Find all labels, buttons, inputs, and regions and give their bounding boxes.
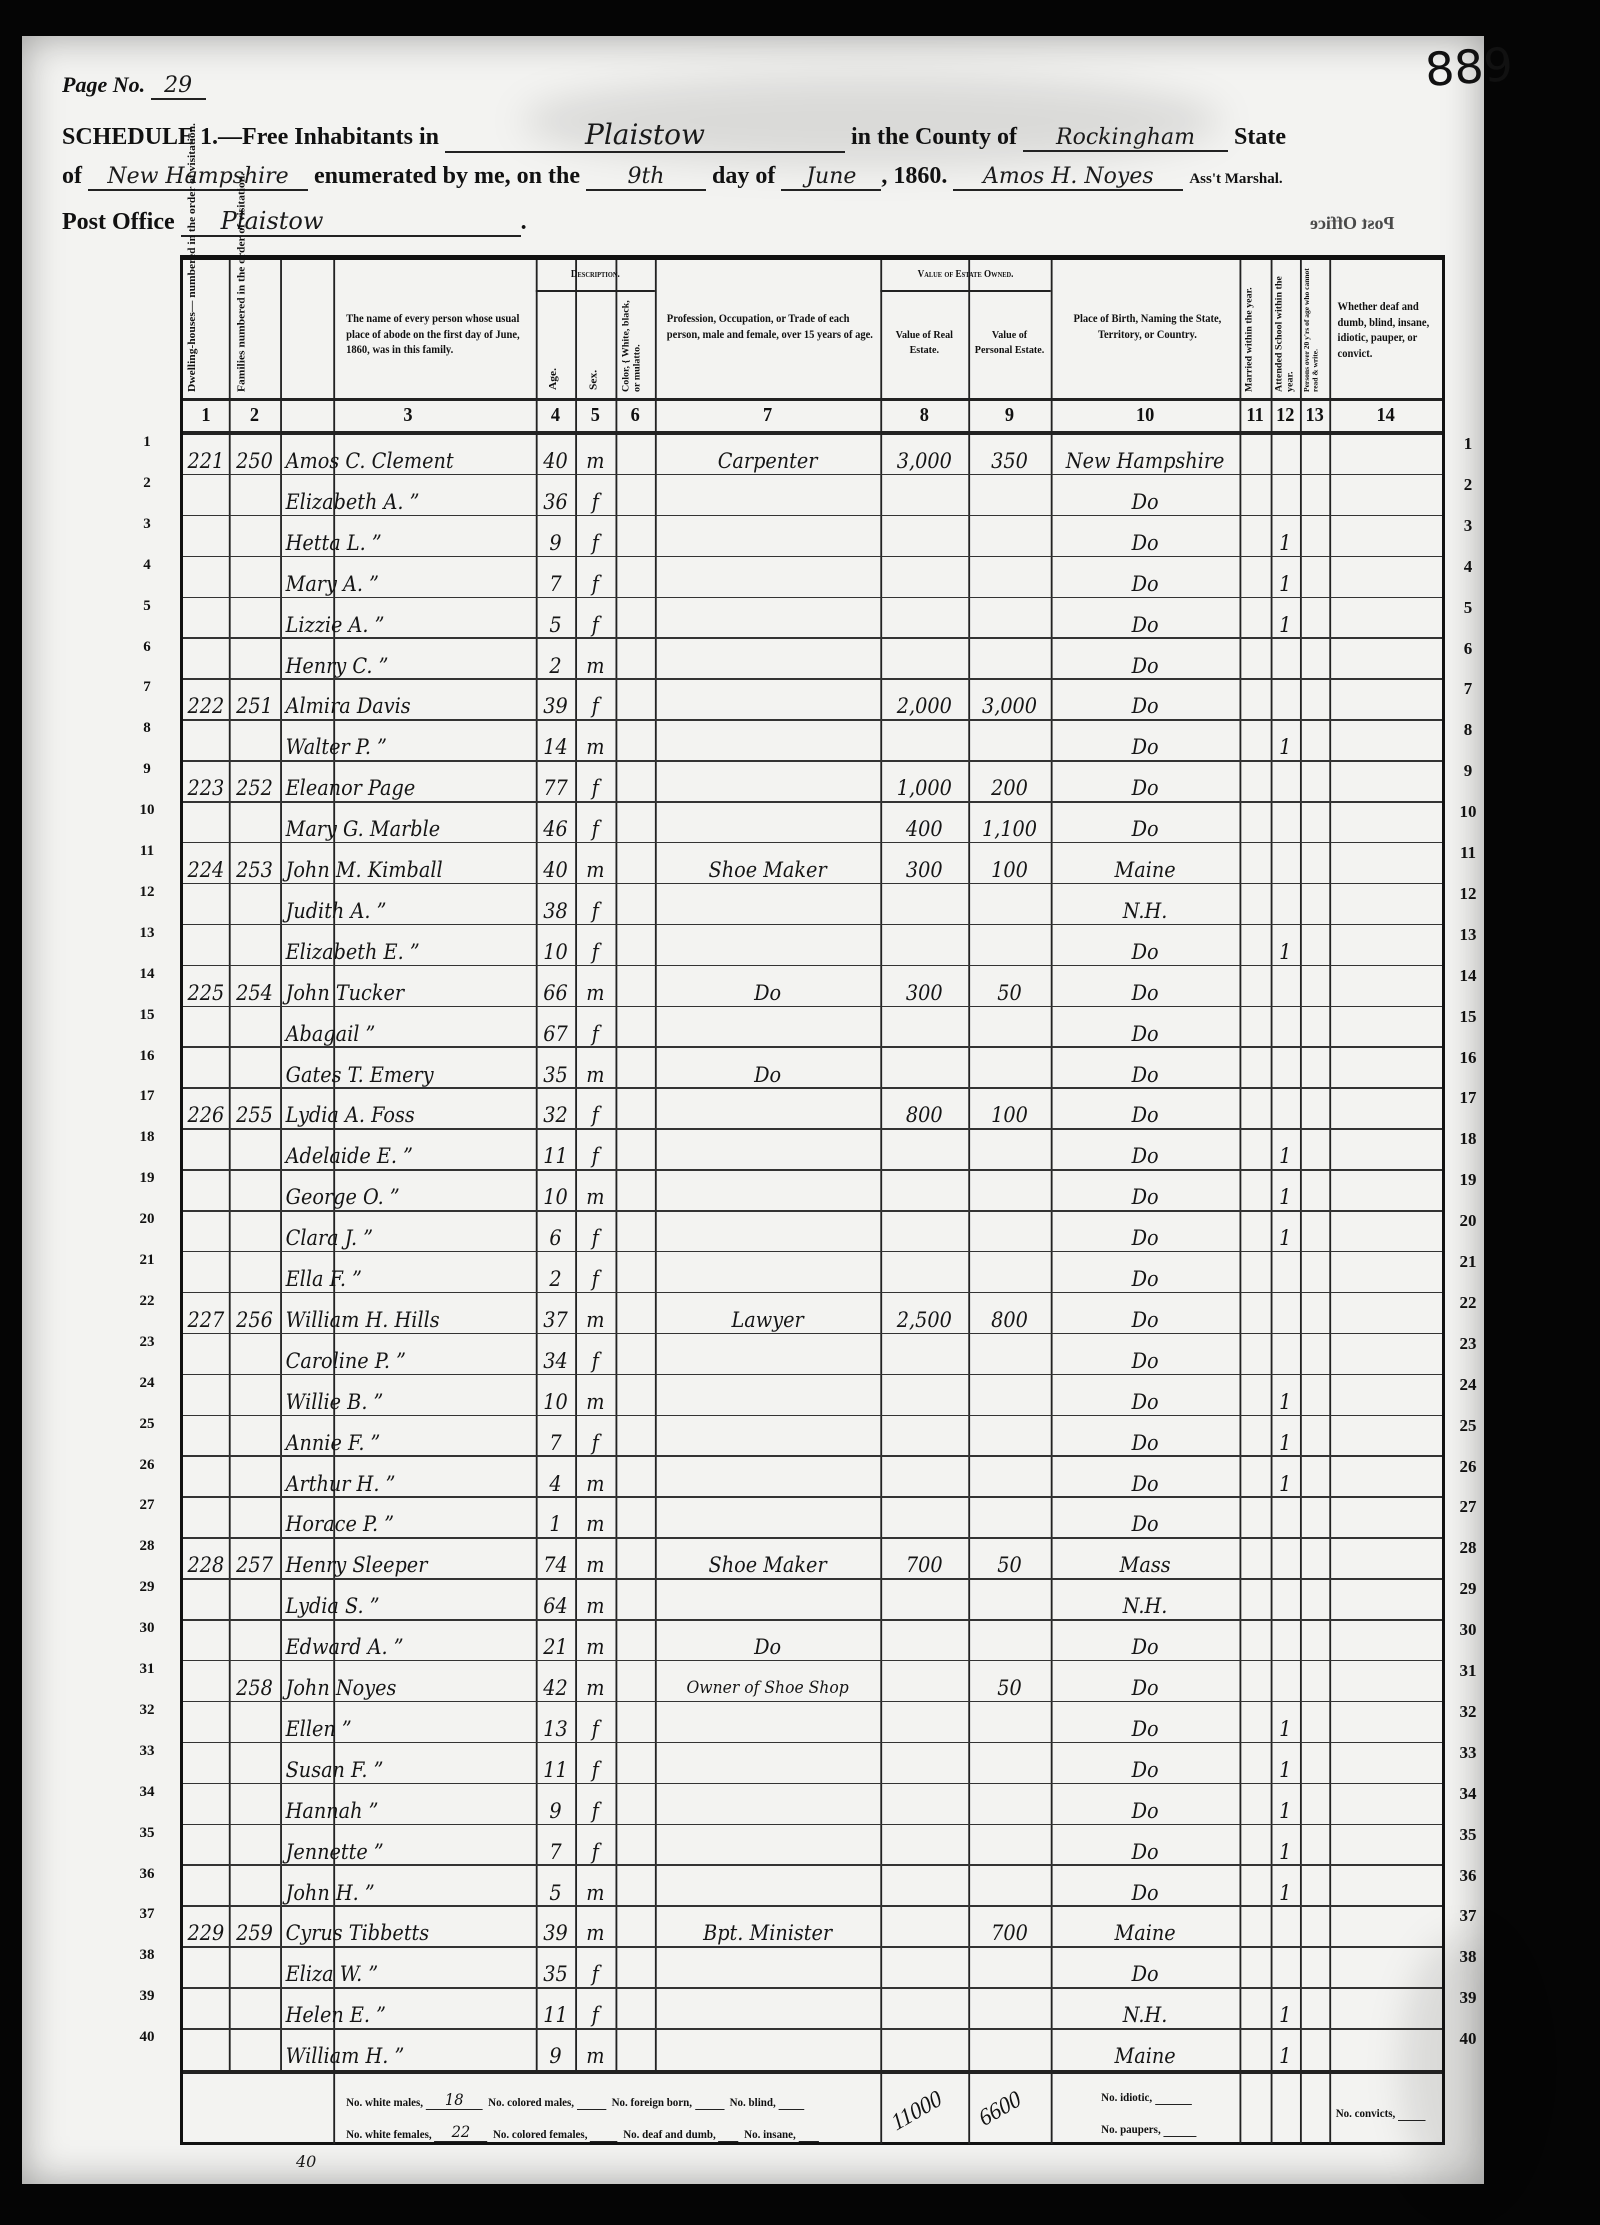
col-number: 9 (968, 400, 1050, 430)
cell-name: William H. Hills (286, 1294, 536, 1335)
cell-name: Abagail ” (286, 1008, 536, 1049)
cell-sex: m (575, 1376, 615, 1417)
cell-illiterate (1300, 1867, 1329, 1908)
cell-illiterate (1300, 1785, 1329, 1826)
idiotic-count (1155, 2104, 1192, 2105)
cell-birthplace: N.H. (1051, 1580, 1240, 1621)
cell-family: 251 (229, 680, 280, 721)
line-number-right: 35 (1448, 1825, 1488, 1845)
line-number-right: 32 (1448, 1702, 1488, 1722)
cell-color (615, 1212, 654, 1253)
line-number-right: 38 (1448, 1947, 1488, 1967)
cell-age: 34 (536, 1335, 575, 1376)
cell-personal-estate: 50 (968, 1539, 1050, 1580)
cell-real-estate (880, 1376, 968, 1417)
state-name: New Hampshire (88, 164, 308, 191)
line-number-right: 1 (1448, 434, 1488, 454)
cell-family (229, 1989, 280, 2030)
cell-personal-estate (968, 1171, 1050, 1212)
deaf-dumb-count (719, 2141, 739, 2142)
cell-married (1239, 1171, 1270, 1212)
paupers-line: No. paupers, (1101, 2122, 1196, 2137)
cell-name: Lizzie A. ” (286, 599, 536, 640)
cell-school (1271, 1294, 1300, 1335)
cell-color (615, 558, 654, 599)
cell-birthplace: Do (1051, 1458, 1240, 1499)
cell-school (1271, 1335, 1300, 1376)
cell-family (229, 1171, 280, 1212)
cell-sex: f (575, 1130, 615, 1171)
cell-age: 39 (536, 680, 575, 721)
cell-birthplace: Do (1051, 926, 1240, 967)
cell-occupation: Owner of Shoe Shop (655, 1662, 880, 1703)
cell-dwelling (183, 1253, 229, 1294)
cell-color (615, 1171, 654, 1212)
cell-sex: f (575, 1785, 615, 1826)
cell-occupation (655, 1171, 880, 1212)
cell-occupation: Do (655, 967, 880, 1008)
cell-school: 1 (1271, 926, 1300, 967)
col-13-header: Persons over 20 y'rs of age who cannot r… (1303, 266, 1319, 392)
line-number-left: 5 (136, 598, 158, 615)
cell-birthplace: Do (1051, 721, 1240, 762)
cell-birthplace: Do (1051, 476, 1240, 517)
cell-school: 1 (1271, 1376, 1300, 1417)
cell-age: 39 (536, 1907, 575, 1948)
cell-name: Annie F. ” (286, 1417, 536, 1458)
cell-illiterate (1300, 640, 1329, 681)
cell-married (1239, 1049, 1270, 1090)
cell-illiterate (1300, 885, 1329, 926)
cell-personal-estate (968, 1703, 1050, 1744)
cell-family: 253 (229, 844, 280, 885)
cell-married (1239, 885, 1270, 926)
cell-sex: f (575, 1989, 615, 2030)
cell-birthplace: Do (1051, 1008, 1240, 1049)
col-number: 14 (1329, 400, 1442, 430)
cell-illiterate (1300, 1662, 1329, 1703)
cell-sex: f (575, 476, 615, 517)
estate-underline (880, 290, 1050, 292)
cell-color (615, 1907, 654, 1948)
cell-real-estate (880, 476, 968, 517)
cell-infirmity (1329, 1621, 1442, 1662)
cell-real-estate (880, 1253, 968, 1294)
cell-birthplace: Do (1051, 1376, 1240, 1417)
cell-married (1239, 599, 1270, 640)
cell-dwelling (183, 640, 229, 681)
cell-personal-estate (968, 558, 1050, 599)
cell-birthplace: Do (1051, 1049, 1240, 1090)
post-office-name: Plaistow (181, 207, 521, 237)
cell-infirmity (1329, 599, 1442, 640)
line-number-left: 29 (136, 1579, 158, 1596)
cell-illiterate (1300, 1049, 1329, 1090)
cell-birthplace: Do (1051, 1212, 1240, 1253)
line-number-left: 30 (136, 1620, 158, 1637)
cell-age: 37 (536, 1294, 575, 1335)
col-number: 12 (1271, 400, 1300, 430)
cell-infirmity (1329, 1948, 1442, 1989)
foreign-born-count (695, 2109, 724, 2110)
cell-birthplace: Do (1051, 1253, 1240, 1294)
cell-married (1239, 1580, 1270, 1621)
cell-real-estate (880, 1785, 968, 1826)
cell-sex: f (575, 1703, 615, 1744)
cell-family (229, 1826, 280, 1867)
line-number-left: 16 (136, 1048, 158, 1065)
cell-name: Henry C. ” (286, 640, 536, 681)
colored-females-label: No. colored females, (493, 2127, 587, 2141)
cell-infirmity (1329, 1989, 1442, 2030)
cell-illiterate (1300, 2030, 1329, 2071)
cell-family (229, 1253, 280, 1294)
line-number-right: 21 (1448, 1252, 1488, 1272)
table-row: Elizabeth A. ”36fDo (183, 476, 1442, 517)
blind-count (779, 2109, 805, 2110)
cell-age: 1 (536, 1498, 575, 1539)
cell-married (1239, 1785, 1270, 1826)
line-number-left: 4 (136, 557, 158, 574)
deaf-dumb-label: No. deaf and dumb, (623, 2127, 716, 2141)
cell-personal-estate (968, 1744, 1050, 1785)
paupers-count (1163, 2136, 1196, 2137)
col-number: 7 (655, 400, 880, 430)
cell-real-estate (880, 1907, 968, 1948)
cell-age: 42 (536, 1662, 575, 1703)
cell-married (1239, 1458, 1270, 1499)
cell-personal-estate (968, 885, 1050, 926)
col-7-header: Profession, Occupation, or Trade of each… (667, 312, 873, 343)
table-row: 223252Eleanor Page77f1,000200Do (183, 762, 1442, 803)
footer-line-1: No. white males, 18 No. colored males, N… (346, 2090, 804, 2110)
cell-real-estate (880, 1417, 968, 1458)
cell-married (1239, 803, 1270, 844)
cell-real-estate (880, 885, 968, 926)
cell-illiterate (1300, 599, 1329, 640)
cell-name: John H. ” (286, 1867, 536, 1908)
table-row: Henry C. ”2mDo (183, 640, 1442, 681)
table-row: Gates T. Emery35mDoDo (183, 1049, 1442, 1090)
col-9-header: Value of Personal Estate. (973, 328, 1046, 358)
cell-occupation (655, 1703, 880, 1744)
table-row: 224253John M. Kimball40mShoe Maker300100… (183, 844, 1442, 885)
cell-family (229, 1417, 280, 1458)
cell-infirmity (1329, 1458, 1442, 1499)
cell-name: Eleanor Page (286, 762, 536, 803)
cell-family: 252 (229, 762, 280, 803)
cell-personal-estate: 1,100 (968, 803, 1050, 844)
cell-name: Judith A. ” (286, 885, 536, 926)
cell-illiterate (1300, 926, 1329, 967)
cell-personal-estate (968, 1785, 1050, 1826)
line-number-left: 34 (136, 1784, 158, 1801)
marshal-label: Ass't Marshal. (1189, 171, 1282, 187)
cell-married (1239, 1130, 1270, 1171)
cell-real-estate (880, 721, 968, 762)
enumeration-year: , 1860. (881, 163, 947, 189)
cell-illiterate (1300, 1621, 1329, 1662)
line-number-left: 38 (136, 1947, 158, 1964)
schedule-line: SCHEDULE 1.—Free Inhabitants in Plaistow… (62, 118, 1286, 153)
cell-married (1239, 1539, 1270, 1580)
cell-real-estate (880, 1335, 968, 1376)
white-males-label: No. white males, (346, 2095, 423, 2109)
table-row: Jennette ”7fDo1 (183, 1826, 1442, 1867)
cell-occupation (655, 517, 880, 558)
cell-family (229, 1703, 280, 1744)
cell-personal-estate (968, 1212, 1050, 1253)
cell-school: 1 (1271, 599, 1300, 640)
line-number-right: 27 (1448, 1497, 1488, 1517)
cell-dwelling: 226 (183, 1089, 229, 1130)
cell-dwelling (183, 1008, 229, 1049)
cell-color (615, 1826, 654, 1867)
cell-family (229, 2030, 280, 2071)
cell-school (1271, 1049, 1300, 1090)
cell-school (1271, 476, 1300, 517)
cell-color (615, 1335, 654, 1376)
cell-age: 11 (536, 1130, 575, 1171)
cell-personal-estate (968, 1253, 1050, 1294)
cell-dwelling (183, 1580, 229, 1621)
line-number-left: 8 (136, 720, 158, 737)
cell-school (1271, 1580, 1300, 1621)
footer-line-2: No. white females, 22 No. colored female… (346, 2122, 819, 2142)
line-number-right: 11 (1448, 843, 1488, 863)
personal-estate-total: 6600 (975, 2086, 1025, 2132)
idiotic-line: No. idiotic, (1101, 2090, 1191, 2105)
cell-illiterate (1300, 967, 1329, 1008)
cell-dwelling: 221 (183, 435, 229, 476)
cell-color (615, 885, 654, 926)
cell-illiterate (1300, 1335, 1329, 1376)
cell-occupation (655, 721, 880, 762)
cell-infirmity (1329, 1867, 1442, 1908)
cell-school (1271, 803, 1300, 844)
cell-color (615, 1130, 654, 1171)
cell-dwelling (183, 558, 229, 599)
cell-age: 13 (536, 1703, 575, 1744)
colored-females-count (590, 2141, 617, 2142)
cell-age: 40 (536, 435, 575, 476)
cell-age: 14 (536, 721, 575, 762)
table-row: William H. ”9mMaine1 (183, 2030, 1442, 2071)
cell-school (1271, 1907, 1300, 1948)
cell-sex: f (575, 1826, 615, 1867)
line-number-left: 32 (136, 1702, 158, 1719)
table-row: Horace P. ”1mDo (183, 1498, 1442, 1539)
line-number-left: 35 (136, 1825, 158, 1842)
cell-married (1239, 1703, 1270, 1744)
cell-name: Mary A. ” (286, 558, 536, 599)
cell-age: 77 (536, 762, 575, 803)
real-estate-total: 11000 (888, 2086, 947, 2137)
cell-married (1239, 1826, 1270, 1867)
cell-family (229, 476, 280, 517)
cell-birthplace: Do (1051, 599, 1240, 640)
cell-infirmity (1329, 558, 1442, 599)
cell-birthplace: Do (1051, 1662, 1240, 1703)
cell-illiterate (1300, 1417, 1329, 1458)
cell-name: Arthur H. ” (286, 1458, 536, 1499)
cell-real-estate: 1,000 (880, 762, 968, 803)
table-row: Walter P. ”14mDo1 (183, 721, 1442, 762)
cell-real-estate (880, 926, 968, 967)
cell-school: 1 (1271, 1785, 1300, 1826)
cell-infirmity (1329, 1049, 1442, 1090)
line-number-right: 25 (1448, 1416, 1488, 1436)
cell-school: 1 (1271, 721, 1300, 762)
cell-age: 9 (536, 517, 575, 558)
cell-infirmity (1329, 1376, 1442, 1417)
cell-personal-estate (968, 599, 1050, 640)
cell-family (229, 1212, 280, 1253)
post-office-line: Post Office Plaistow. (62, 207, 527, 237)
cell-illiterate (1300, 1948, 1329, 1989)
line-number-left: 17 (136, 1088, 158, 1105)
table-row: Willie B. ”10mDo1 (183, 1376, 1442, 1417)
cell-infirmity (1329, 1907, 1442, 1948)
cell-family (229, 803, 280, 844)
table-row: 226255Lydia A. Foss32f800100Do (183, 1089, 1442, 1130)
cell-dwelling: 222 (183, 680, 229, 721)
colored-males-count (577, 2109, 606, 2110)
line-number-left: 13 (136, 925, 158, 942)
line-number-right: 15 (1448, 1007, 1488, 1027)
cell-real-estate (880, 1662, 968, 1703)
cell-illiterate (1300, 1539, 1329, 1580)
table-inner: Dwelling-houses— numbered in the order o… (183, 260, 1442, 2142)
cell-illiterate (1300, 680, 1329, 721)
cell-color (615, 1785, 654, 1826)
cell-occupation (655, 1335, 880, 1376)
cell-color (615, 926, 654, 967)
cell-married (1239, 844, 1270, 885)
cell-sex: f (575, 1417, 615, 1458)
cell-dwelling (183, 1785, 229, 1826)
cell-sex: f (575, 1948, 615, 1989)
cell-school (1271, 1539, 1300, 1580)
cell-illiterate (1300, 1580, 1329, 1621)
cell-school: 1 (1271, 2030, 1300, 2071)
cell-color (615, 1744, 654, 1785)
cell-illiterate (1300, 1744, 1329, 1785)
cell-sex: m (575, 1539, 615, 1580)
line-number-left: 9 (136, 761, 158, 778)
table-row: Annie F. ”7fDo1 (183, 1417, 1442, 1458)
cell-family (229, 1376, 280, 1417)
table-row: Edward A. ”21mDoDo (183, 1621, 1442, 1662)
cell-name: Ellen ” (286, 1703, 536, 1744)
cell-occupation (655, 1498, 880, 1539)
cell-family (229, 1130, 280, 1171)
cell-personal-estate (968, 1130, 1050, 1171)
cell-infirmity (1329, 1662, 1442, 1703)
cell-name: Henry Sleeper (286, 1539, 536, 1580)
cell-name: Willie B. ” (286, 1376, 536, 1417)
county-label: in the County of (851, 124, 1017, 150)
cell-personal-estate (968, 721, 1050, 762)
cell-infirmity (1329, 1335, 1442, 1376)
cell-personal-estate (968, 640, 1050, 681)
cell-name: John Tucker (286, 967, 536, 1008)
line-number-right: 12 (1448, 884, 1488, 904)
cell-age: 9 (536, 2030, 575, 2071)
cell-color (615, 517, 654, 558)
cell-dwelling (183, 1621, 229, 1662)
cell-name: Hannah ” (286, 1785, 536, 1826)
cell-infirmity (1329, 476, 1442, 517)
cell-sex: m (575, 2030, 615, 2071)
col-number: 2 (229, 400, 280, 430)
cell-personal-estate (968, 1417, 1050, 1458)
cell-birthplace: N.H. (1051, 885, 1240, 926)
cell-school: 1 (1271, 1867, 1300, 1908)
line-number-right: 9 (1448, 761, 1488, 781)
cell-occupation (655, 476, 880, 517)
cell-married (1239, 1417, 1270, 1458)
cell-birthplace: Do (1051, 1171, 1240, 1212)
cell-name: Cyrus Tibbetts (286, 1907, 536, 1948)
cell-age: 10 (536, 1171, 575, 1212)
cell-age: 38 (536, 885, 575, 926)
cell-dwelling (183, 1049, 229, 1090)
col-number: 6 (615, 400, 654, 430)
cell-school: 1 (1271, 1744, 1300, 1785)
cell-personal-estate: 100 (968, 1089, 1050, 1130)
cell-color (615, 1417, 654, 1458)
cell-married (1239, 1335, 1270, 1376)
cell-married (1239, 1253, 1270, 1294)
col-12-header: Attended School within the year. (1274, 266, 1296, 392)
cell-school: 1 (1271, 1171, 1300, 1212)
cell-birthplace: Do (1051, 1294, 1240, 1335)
cell-illiterate (1300, 1089, 1329, 1130)
cell-school: 1 (1271, 1826, 1300, 1867)
cell-married (1239, 1948, 1270, 1989)
cell-age: 36 (536, 476, 575, 517)
cell-age: 64 (536, 1580, 575, 1621)
cell-infirmity (1329, 1744, 1442, 1785)
cell-color (615, 1948, 654, 1989)
table-row: 228257Henry Sleeper74mShoe Maker70050Mas… (183, 1539, 1442, 1580)
page-number: 29 (151, 73, 206, 100)
line-number-right: 30 (1448, 1620, 1488, 1640)
cell-sex: m (575, 844, 615, 885)
cell-family (229, 926, 280, 967)
cell-real-estate (880, 1826, 968, 1867)
line-number-right: 16 (1448, 1048, 1488, 1068)
cell-dwelling (183, 885, 229, 926)
cell-occupation: Shoe Maker (655, 844, 880, 885)
cell-dwelling (183, 1703, 229, 1744)
table-row: Elizabeth E. ”10fDo1 (183, 926, 1442, 967)
cell-school: 1 (1271, 1703, 1300, 1744)
cell-occupation (655, 1744, 880, 1785)
line-number-right: 8 (1448, 720, 1488, 740)
cell-sex: m (575, 721, 615, 762)
cell-age: 35 (536, 1049, 575, 1090)
cell-name: Mary G. Marble (286, 803, 536, 844)
cell-birthplace: Do (1051, 1130, 1240, 1171)
cell-married (1239, 1498, 1270, 1539)
cell-occupation (655, 1826, 880, 1867)
cell-married (1239, 680, 1270, 721)
cell-infirmity (1329, 803, 1442, 844)
cell-real-estate (880, 1989, 968, 2030)
cell-personal-estate (968, 1867, 1050, 1908)
